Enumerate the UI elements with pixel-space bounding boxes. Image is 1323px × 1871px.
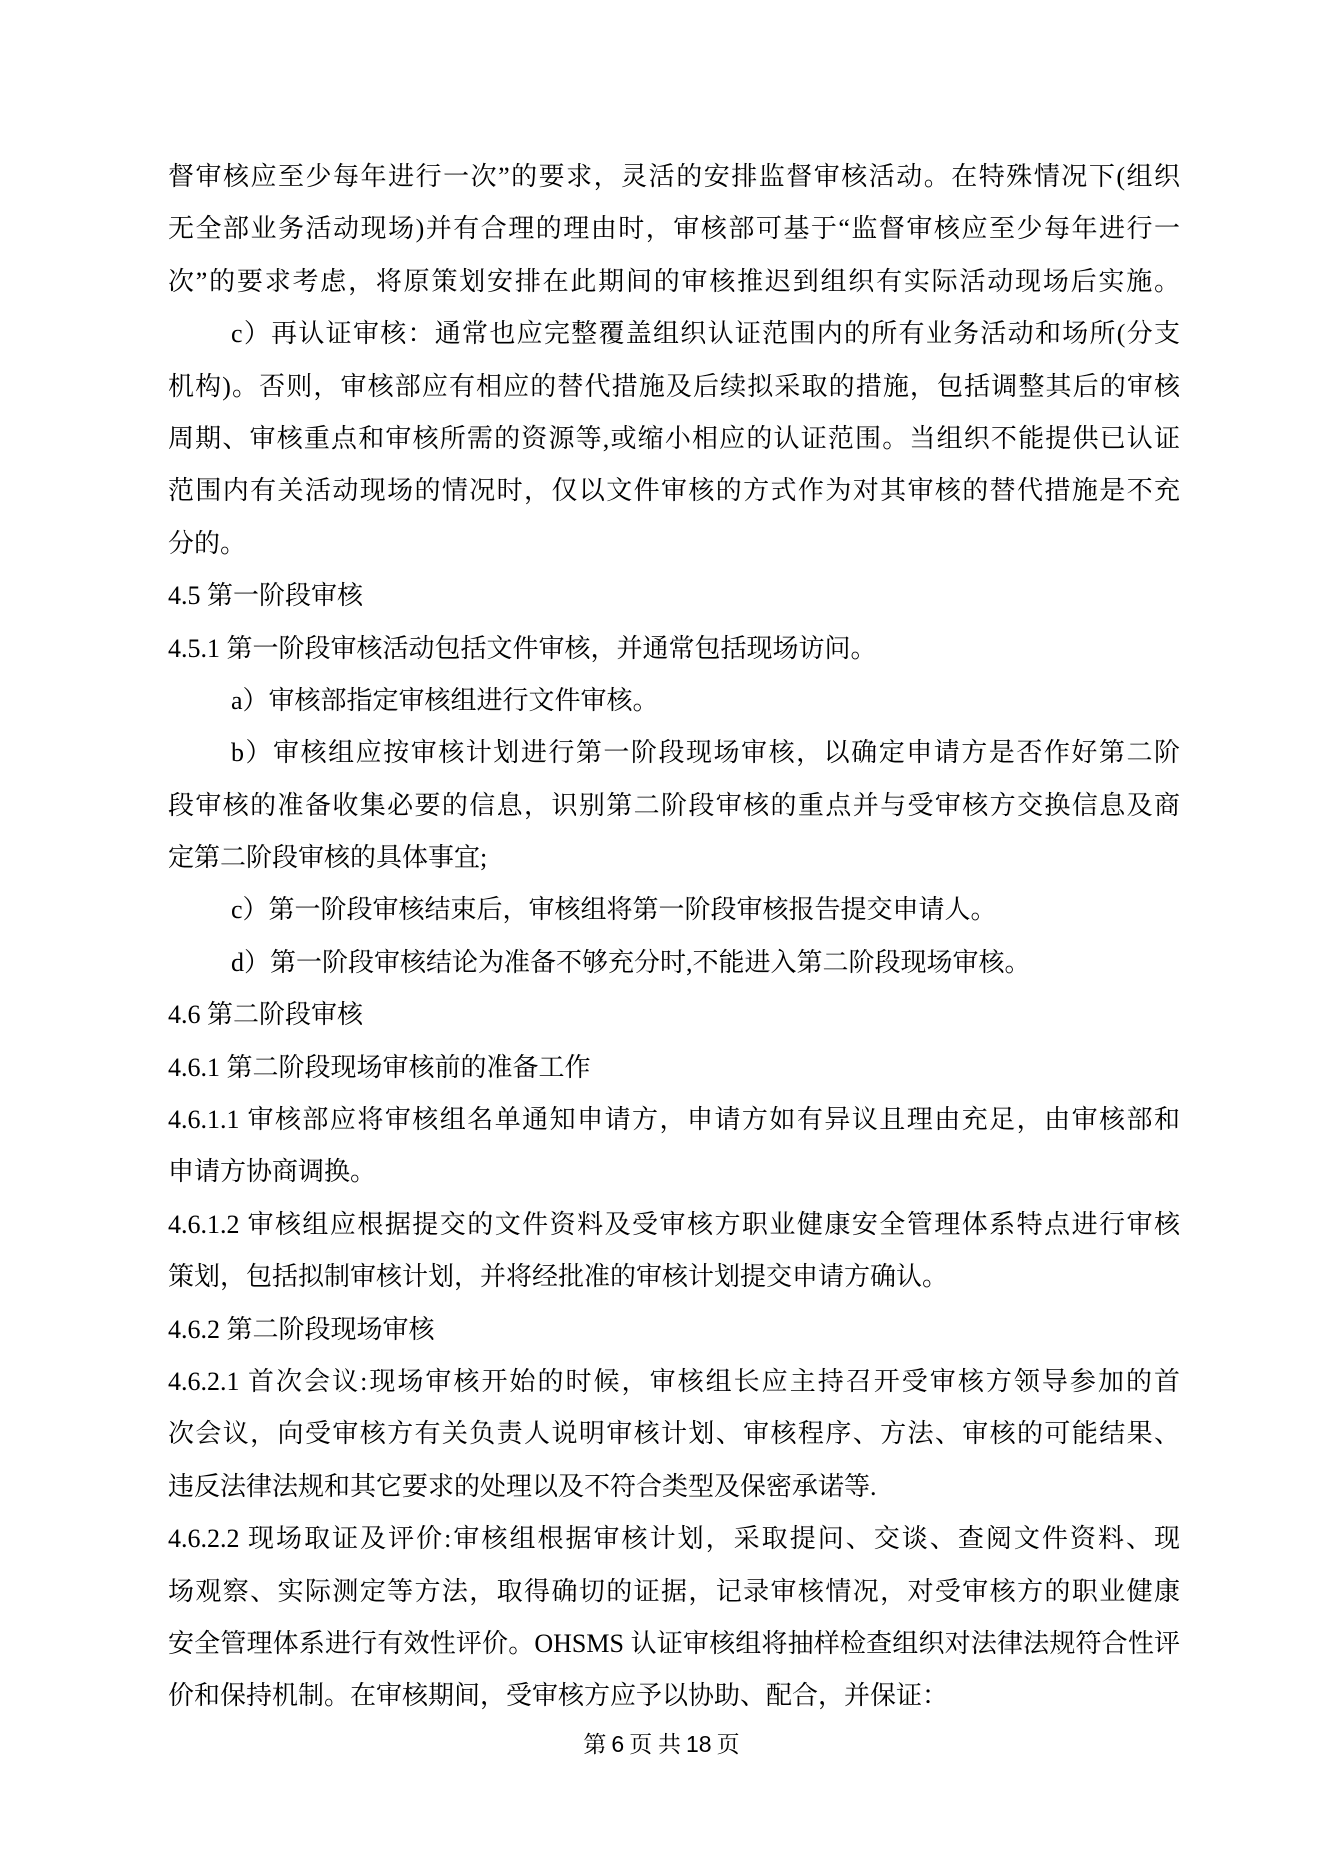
text-line: 周期、审核重点和审核所需的资源等,或缩小相应的认证范围。当组织不能提供已认证 [168,413,1180,465]
section-4-6-2-heading: 4.6.2 第二阶段现场审核 [168,1304,1180,1356]
section-4-6-1-heading: 4.6.1 第二阶段现场审核前的准备工作 [168,1042,1180,1094]
section-4-6-heading: 4.6 第二阶段审核 [168,989,1180,1041]
text-line: 段审核的准备收集必要的信息，识别第二阶段审核的重点并与受审核方交换信息及商 [168,780,1180,832]
clause-4-5-1: 4.5.1 第一阶段审核活动包括文件审核，并通常包括现场访问。 [168,623,1180,675]
list-item-a: a）审核部指定审核组进行文件审核。 [168,675,1180,727]
text-line: 价和保持机制。在审核期间，受审核方应予以协助、配合，并保证： [168,1670,1180,1722]
text-line: 场观察、实际测定等方法，取得确切的证据，记录审核情况，对受审核方的职业健康 [168,1566,1180,1618]
clause-4-6-2-1: 4.6.2.1 首次会议:现场审核开始的时候，审核组长应主持召开受审核方领导参加… [168,1356,1180,1408]
clause-4-6-1-1: 4.6.1.1 审核部应将审核组名单通知申请方，申请方如有异议且理由充足，由审核… [168,1094,1180,1146]
clause-4-6-1-2: 4.6.1.2 审核组应根据提交的文件资料及受审核方职业健康安全管理体系特点进行… [168,1199,1180,1251]
footer-label-prefix: 第 [583,1732,606,1757]
text-line: 分的。 [168,518,1180,570]
text-line: 违反法律法规和其它要求的处理以及不符合类型及保密承诺等. [168,1461,1180,1513]
text-line: 申请方协商调换。 [168,1146,1180,1198]
list-item-c: c）第一阶段审核结束后，审核组将第一阶段审核报告提交申请人。 [168,884,1180,936]
footer-label-middle: 页 共 [629,1732,681,1757]
text-line: 范围内有关活动现场的情况时，仅以文件审核的方式作为对其审核的替代措施是不充 [168,465,1180,517]
text-line: 次会议，向受审核方有关负责人说明审核计划、审核程序、方法、审核的可能结果、 [168,1408,1180,1460]
footer-total-pages: 18 [686,1731,712,1757]
footer-label-suffix: 页 [717,1732,740,1757]
text-line: 机构)。否则，审核部应有相应的替代措施及后续拟采取的措施，包括调整其后的审核 [168,361,1180,413]
text-line: 策划，包括拟制审核计划，并将经批准的审核计划提交申请方确认。 [168,1251,1180,1303]
text-line: 无全部业务活动现场)并有合理的理由时，审核部可基于“监督审核应至少每年进行一 [168,203,1180,255]
text-line: 次”的要求考虑，将原策划安排在此期间的审核推迟到组织有实际活动现场后实施。 [168,256,1180,308]
text-line: 安全管理体系进行有效性评价。OHSMS 认证审核组将抽样检查组织对法律法规符合性… [168,1618,1180,1670]
text-line: 定第二阶段审核的具体事宜; [168,832,1180,884]
list-item-b: b）审核组应按审核计划进行第一阶段现场审核，以确定申请方是否作好第二阶 [168,727,1180,779]
section-4-5-heading: 4.5 第一阶段审核 [168,570,1180,622]
list-item-c-reaudit: c）再认证审核：通常也应完整覆盖组织认证范围内的所有业务活动和场所(分支 [168,308,1180,360]
footer-current-page: 6 [611,1731,624,1757]
document-page: 督审核应至少每年进行一次”的要求，灵活的安排监督审核活动。在特殊情况下(组织 无… [0,0,1323,1871]
list-item-d: d）第一阶段审核结论为准备不够充分时,不能进入第二阶段现场审核。 [168,937,1180,989]
page-footer: 第6页 共18页 [0,1730,1323,1759]
document-body: 督审核应至少每年进行一次”的要求，灵活的安排监督审核活动。在特殊情况下(组织 无… [168,151,1180,1723]
text-line: 督审核应至少每年进行一次”的要求，灵活的安排监督审核活动。在特殊情况下(组织 [168,151,1180,203]
clause-4-6-2-2: 4.6.2.2 现场取证及评价:审核组根据审核计划，采取提问、交谈、查阅文件资料… [168,1513,1180,1565]
